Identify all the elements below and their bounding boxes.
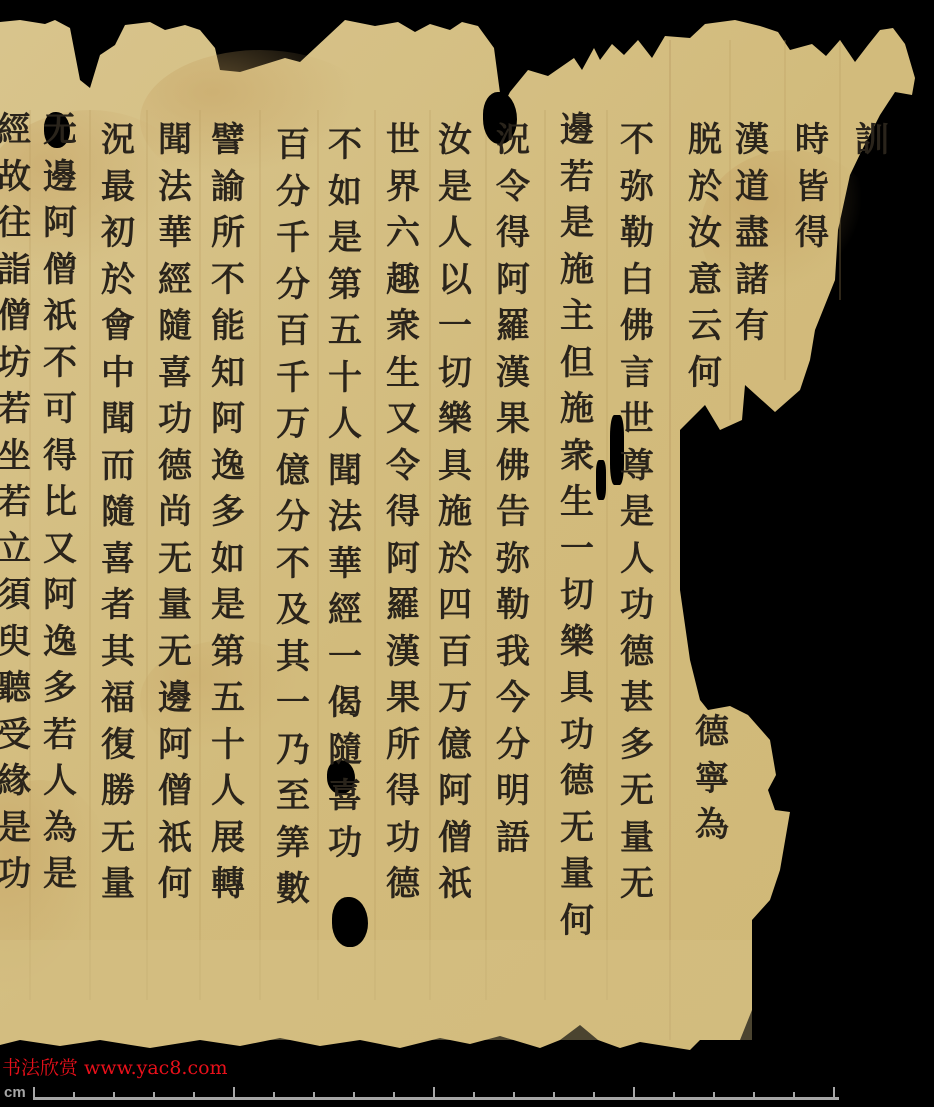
glyph: 果: [386, 681, 420, 728]
glyph: 若: [0, 485, 31, 532]
glyph: 一: [328, 640, 362, 687]
glyph: 轉: [211, 867, 245, 914]
glyph: 衆: [386, 309, 420, 356]
glyph: 展: [211, 821, 245, 868]
glyph: 阿: [496, 263, 530, 310]
glyph: 故: [0, 160, 31, 207]
glyph: 得: [496, 216, 530, 263]
glyph: 數: [276, 872, 310, 919]
glyph: 不: [620, 123, 654, 170]
glyph: 德: [695, 715, 729, 762]
scale-ruler: [0, 1078, 934, 1107]
glyph: 又: [43, 532, 77, 579]
glyph: 福: [101, 681, 135, 728]
text-column: 邊若是施主但施衆生一切樂具功德无量何: [560, 113, 594, 950]
glyph: 坊: [0, 346, 31, 393]
glyph: 樂: [438, 402, 472, 449]
text-column: 无邊阿僧祇不可得比又阿逸多若人為是: [43, 113, 77, 904]
glyph: 寧: [695, 762, 729, 809]
glyph: 所: [386, 728, 420, 775]
glyph: 得: [43, 439, 77, 486]
glyph: 明: [496, 774, 530, 821]
glyph: 第: [211, 635, 245, 682]
glyph: 分: [276, 268, 310, 315]
glyph: 能: [211, 309, 245, 356]
glyph: 喜: [328, 779, 362, 826]
glyph: 十: [211, 728, 245, 775]
glyph: 喜: [101, 542, 135, 589]
glyph: 不: [276, 547, 310, 594]
watermark-text: 书法欣赏 www.yac8.com: [2, 1053, 228, 1080]
glyph: 可: [43, 392, 77, 439]
glyph: 施: [438, 495, 472, 542]
glyph: 漢: [496, 356, 530, 403]
glyph: 施: [560, 392, 594, 439]
glyph: 盡: [735, 216, 769, 263]
text-column: 經故往詣僧坊若坐若立須臾聽受緣是功: [0, 113, 31, 904]
glyph: 尚: [158, 495, 192, 542]
glyph: 十: [328, 361, 362, 408]
glyph: 我: [496, 635, 530, 682]
glyph: 億: [276, 454, 310, 501]
glyph: 功: [158, 402, 192, 449]
glyph: 初: [101, 216, 135, 263]
glyph: 其: [276, 640, 310, 687]
glyph: 具: [560, 671, 594, 718]
glyph: 五: [328, 314, 362, 361]
glyph: 量: [560, 857, 594, 904]
glyph: 所: [211, 216, 245, 263]
glyph: 脱: [688, 123, 722, 170]
glyph: 若: [43, 718, 77, 765]
glyph: 如: [211, 542, 245, 589]
glyph: 切: [560, 578, 594, 625]
glyph: 无: [560, 811, 594, 858]
glyph: 四: [438, 588, 472, 635]
glyph: 僧: [0, 299, 31, 346]
glyph: 是: [438, 170, 472, 217]
glyph: 一: [438, 309, 472, 356]
glyph: 阿: [158, 728, 192, 775]
glyph: 緣: [0, 764, 31, 811]
glyph: 諸: [735, 263, 769, 310]
glyph: 況: [496, 123, 530, 170]
glyph: 是: [620, 495, 654, 542]
glyph: 何: [688, 356, 722, 403]
glyph: 逸: [43, 625, 77, 672]
glyph: 是: [43, 857, 77, 904]
text-column: 世界六趣衆生又令得阿羅漢果所得功德: [386, 123, 420, 914]
glyph: 僧: [43, 253, 77, 300]
manuscript-scene: 訓時皆得漢道盡諸有脱於汝意云何德寧為不弥勒白佛言世尊是人功德甚多无量无邊若是施主…: [0, 0, 934, 1107]
glyph: 分: [276, 175, 310, 222]
glyph: 量: [620, 821, 654, 868]
glyph: 无: [158, 542, 192, 589]
glyph: 功: [386, 821, 420, 868]
glyph: 祇: [43, 299, 77, 346]
text-column: 況最初於會中聞而隨喜者其福復勝无量: [101, 123, 135, 914]
glyph: 无: [620, 774, 654, 821]
glyph: 何: [560, 904, 594, 951]
glyph: 逸: [211, 449, 245, 496]
text-column: 脱於汝意云何: [688, 123, 722, 402]
glyph: 一: [276, 686, 310, 733]
glyph: 諭: [211, 170, 245, 217]
glyph: 人: [620, 542, 654, 589]
glyph: 漢: [386, 635, 420, 682]
glyph: 万: [438, 681, 472, 728]
glyph: 者: [101, 588, 135, 635]
glyph: 德: [158, 449, 192, 496]
glyph: 最: [101, 170, 135, 217]
glyph: 阿: [386, 542, 420, 589]
glyph: 而: [101, 449, 135, 496]
glyph: 今: [496, 681, 530, 728]
glyph: 是: [211, 588, 245, 635]
glyph: 於: [101, 263, 135, 310]
text-column: 訓: [855, 123, 889, 170]
glyph: 僧: [438, 821, 472, 868]
glyph: 是: [328, 221, 362, 268]
glyph: 果: [496, 402, 530, 449]
glyph: 法: [158, 170, 192, 217]
glyph: 樂: [560, 625, 594, 672]
glyph: 生: [386, 356, 420, 403]
glyph: 衆: [560, 439, 594, 486]
glyph: 聽: [0, 671, 31, 718]
glyph: 无: [101, 821, 135, 868]
glyph: 經: [0, 113, 31, 160]
glyph: 詣: [0, 253, 31, 300]
glyph: 告: [496, 495, 530, 542]
glyph: 人: [43, 764, 77, 811]
text-column: 德寧為: [695, 715, 729, 855]
glyph: 得: [795, 216, 829, 263]
glyph: 多: [43, 671, 77, 718]
glyph: 无: [620, 867, 654, 914]
glyph: 百: [438, 635, 472, 682]
glyph: 具: [438, 449, 472, 496]
glyph: 有: [735, 309, 769, 356]
text-column: 況令得阿羅漢果佛告弥勒我今分明語: [496, 123, 530, 867]
glyph: 僧: [158, 774, 192, 821]
text-column: 汝是人以一切樂具施於四百万億阿僧祇: [438, 123, 472, 914]
paper-hole: [332, 897, 368, 947]
glyph: 分: [276, 500, 310, 547]
glyph: 阿: [43, 206, 77, 253]
glyph: 主: [560, 299, 594, 346]
glyph: 界: [386, 170, 420, 217]
glyph: 聞: [101, 402, 135, 449]
glyph: 但: [560, 346, 594, 393]
glyph: 云: [688, 309, 722, 356]
glyph: 意: [688, 263, 722, 310]
glyph: 弥: [620, 170, 654, 217]
glyph: 第: [328, 268, 362, 315]
text-column: 聞法華經隨喜功德尚无量无邊阿僧祇何: [158, 123, 192, 914]
glyph: 得: [386, 495, 420, 542]
glyph: 千: [276, 221, 310, 268]
glyph: 若: [0, 392, 31, 439]
glyph: 弥: [496, 542, 530, 589]
glyph: 訓: [855, 123, 889, 170]
glyph: 勝: [101, 774, 135, 821]
glyph: 臾: [0, 625, 31, 672]
glyph: 聞: [328, 454, 362, 501]
glyph: 阿: [43, 578, 77, 625]
glyph: 經: [328, 593, 362, 640]
glyph: 分: [496, 728, 530, 775]
glyph: 生: [560, 485, 594, 532]
glyph: 須: [0, 578, 31, 625]
glyph: 千: [276, 361, 310, 408]
glyph: 華: [328, 547, 362, 594]
glyph: 況: [101, 123, 135, 170]
glyph: 功: [328, 826, 362, 873]
glyph: 功: [620, 588, 654, 635]
text-column: 譬諭所不能知阿逸多如是第五十人展轉: [211, 123, 245, 914]
glyph: 万: [276, 407, 310, 454]
glyph: 是: [0, 811, 31, 858]
text-column: 時皆得: [795, 123, 829, 263]
glyph: 祇: [438, 867, 472, 914]
glyph: 隨: [158, 309, 192, 356]
glyph: 言: [620, 356, 654, 403]
glyph: 是: [560, 206, 594, 253]
glyph: 量: [101, 867, 135, 914]
glyph: 世: [386, 123, 420, 170]
glyph: 偈: [328, 686, 362, 733]
paper-hole: [596, 460, 606, 500]
glyph: 羅: [496, 309, 530, 356]
glyph: 功: [560, 718, 594, 765]
glyph: 邊: [43, 160, 77, 207]
glyph: 六: [386, 216, 420, 263]
glyph: 趣: [386, 263, 420, 310]
glyph: 量: [158, 588, 192, 635]
glyph: 時: [795, 123, 829, 170]
glyph: 會: [101, 309, 135, 356]
glyph: 得: [386, 774, 420, 821]
glyph: 隨: [328, 733, 362, 780]
glyph: 佛: [496, 449, 530, 496]
glyph: 何: [158, 867, 192, 914]
glyph: 百: [276, 314, 310, 361]
glyph: 令: [386, 449, 420, 496]
glyph: 人: [211, 774, 245, 821]
glyph: 施: [560, 253, 594, 300]
glyph: 佛: [620, 309, 654, 356]
glyph: 人: [328, 407, 362, 454]
glyph: 无: [43, 113, 77, 160]
glyph: 百: [276, 128, 310, 175]
glyph: 於: [688, 170, 722, 217]
glyph: 立: [0, 532, 31, 579]
glyph: 不: [43, 346, 77, 393]
glyph: 阿: [438, 774, 472, 821]
glyph: 華: [158, 216, 192, 263]
glyph: 譬: [211, 123, 245, 170]
glyph: 為: [695, 808, 729, 855]
glyph: 聞: [158, 123, 192, 170]
glyph: 受: [0, 718, 31, 765]
glyph: 德: [560, 764, 594, 811]
glyph: 羅: [386, 588, 420, 635]
glyph: 勒: [496, 588, 530, 635]
text-column: 百分千分百千万億分不及其一乃至筭數: [276, 128, 310, 919]
glyph: 邊: [158, 681, 192, 728]
glyph: 一: [560, 532, 594, 579]
glyph: 德: [386, 867, 420, 914]
glyph: 喜: [158, 356, 192, 403]
glyph: 於: [438, 542, 472, 589]
glyph: 功: [0, 857, 31, 904]
glyph: 汝: [438, 123, 472, 170]
glyph: 世: [620, 402, 654, 449]
glyph: 人: [438, 216, 472, 263]
glyph: 漢: [735, 123, 769, 170]
glyph: 不: [211, 263, 245, 310]
glyph: 比: [43, 485, 77, 532]
glyph: 白: [620, 263, 654, 310]
glyph: 道: [735, 170, 769, 217]
glyph: 知: [211, 356, 245, 403]
glyph: 坐: [0, 439, 31, 486]
glyph: 隨: [101, 495, 135, 542]
text-column: 不如是第五十人聞法華經一偈隨喜功: [328, 128, 362, 872]
glyph: 如: [328, 175, 362, 222]
glyph: 若: [560, 160, 594, 207]
glyph: 汝: [688, 216, 722, 263]
glyph: 至: [276, 779, 310, 826]
text-column: 不弥勒白佛言世尊是人功德甚多无量无: [620, 123, 654, 914]
glyph: 阿: [211, 402, 245, 449]
glyph: 經: [158, 263, 192, 310]
glyph: 為: [43, 811, 77, 858]
glyph: 往: [0, 206, 31, 253]
glyph: 甚: [620, 681, 654, 728]
glyph: 多: [620, 728, 654, 775]
glyph: 邊: [560, 113, 594, 160]
glyph: 德: [620, 635, 654, 682]
glyph: 切: [438, 356, 472, 403]
glyph: 復: [101, 728, 135, 775]
glyph: 多: [211, 495, 245, 542]
glyph: 皆: [795, 170, 829, 217]
glyph: 五: [211, 681, 245, 728]
glyph: 中: [101, 356, 135, 403]
glyph: 億: [438, 728, 472, 775]
glyph: 語: [496, 821, 530, 868]
glyph: 勒: [620, 216, 654, 263]
glyph: 其: [101, 635, 135, 682]
glyph: 尊: [620, 449, 654, 496]
glyph: 及: [276, 593, 310, 640]
glyph: 乃: [276, 733, 310, 780]
glyph: 祇: [158, 821, 192, 868]
glyph: 不: [328, 128, 362, 175]
glyph: 无: [158, 635, 192, 682]
glyph: 令: [496, 170, 530, 217]
glyph: 法: [328, 500, 362, 547]
glyph: 筭: [276, 826, 310, 873]
text-column: 漢道盡諸有: [735, 123, 769, 356]
glyph: 以: [438, 263, 472, 310]
glyph: 又: [386, 402, 420, 449]
